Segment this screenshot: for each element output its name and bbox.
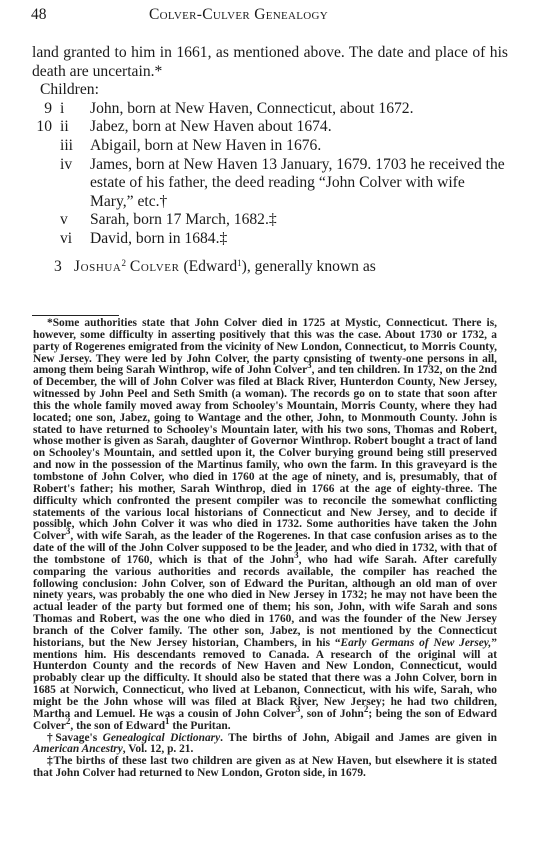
child-ordinal: iv [60, 156, 72, 175]
child-entry: v Sarah, born 17 March, 1682.‡ [32, 211, 508, 230]
book-title: American Ancestry [33, 743, 123, 755]
footnote-asterisk: *Some authorities state that John Colver… [33, 318, 497, 733]
footnote-text: , and ten children. In 1732, on the 2nd … [33, 364, 497, 542]
entry-continuation: ), generally known as [242, 258, 376, 275]
children-label: Children: [32, 81, 508, 100]
footnote-text: . The births of John, Abigail and James … [220, 732, 497, 744]
book-page: 48 Colver-Culver Genealogy land granted … [0, 0, 541, 858]
main-text: land granted to him in 1661, as mentione… [32, 44, 508, 276]
book-title: Early Germans of New Jersey, [341, 637, 492, 649]
footnote-rule [32, 315, 119, 316]
child-entry: iv James, born at New Haven 13 January, … [32, 156, 508, 212]
child-ordinal: ii [60, 118, 69, 137]
intro-paragraph: land granted to him in 1661, as mentione… [32, 44, 508, 81]
running-head: 48 Colver-Culver Genealogy [31, 6, 511, 26]
child-text: Sarah, born 17 March, 1682.‡ [90, 211, 277, 228]
footnote-text: , the son of Edward [70, 720, 165, 732]
page-number: 48 [31, 6, 47, 24]
next-entry-heading: 3 Joshua2 Colver (Edward1), generally kn… [32, 258, 508, 277]
footnote-text: †Savage's [47, 732, 103, 744]
child-entry: 10 ii Jabez, born at New Haven about 167… [32, 118, 508, 137]
footnotes: *Some authorities state that John Colver… [33, 318, 497, 780]
entry-parent: (Edward [183, 258, 237, 275]
children-list: 9 i John, born at New Haven, Connecticut… [32, 100, 508, 249]
footnote-dagger: †Savage's Genealogical Dictionary. The b… [33, 733, 497, 757]
child-ordinal: i [60, 100, 64, 119]
footnote-text: , who had wife Sarah. After carefully co… [33, 554, 497, 649]
entry-number: 3 [54, 258, 70, 277]
child-text: John, born at New Haven, Connecticut, ab… [90, 100, 414, 117]
generation-number: 10 [30, 118, 52, 137]
child-entry: 9 i John, born at New Haven, Connecticut… [32, 100, 508, 119]
running-title: Colver-Culver Genealogy [149, 6, 328, 24]
book-title: Genealogical Dictionary [103, 732, 221, 744]
child-ordinal: iii [60, 137, 73, 156]
footnote-text: the Puritan. [170, 720, 231, 732]
entry-surname: Colver [130, 258, 180, 275]
child-text: James, born at New Haven 13 January, 167… [90, 156, 505, 210]
child-entry: vi David, born in 1684.‡ [32, 230, 508, 249]
generation-superscript: 2 [121, 258, 126, 268]
footnote-text: , Vol. 12, p. 21. [123, 743, 194, 755]
footnote-double-dagger: ‡The births of these last two children a… [33, 756, 497, 780]
child-text: Abigail, born at New Haven in 1676. [90, 137, 321, 154]
child-entry: iii Abigail, born at New Haven in 1676. [32, 137, 508, 156]
footnote-text: , son of John [300, 708, 364, 720]
child-ordinal: v [60, 211, 68, 230]
child-ordinal: vi [60, 230, 72, 249]
entry-given-name: Joshua [74, 258, 122, 275]
child-text: Jabez, born at New Haven about 1674. [90, 118, 332, 135]
generation-number: 9 [30, 100, 52, 119]
child-text: David, born in 1684.‡ [90, 230, 227, 247]
